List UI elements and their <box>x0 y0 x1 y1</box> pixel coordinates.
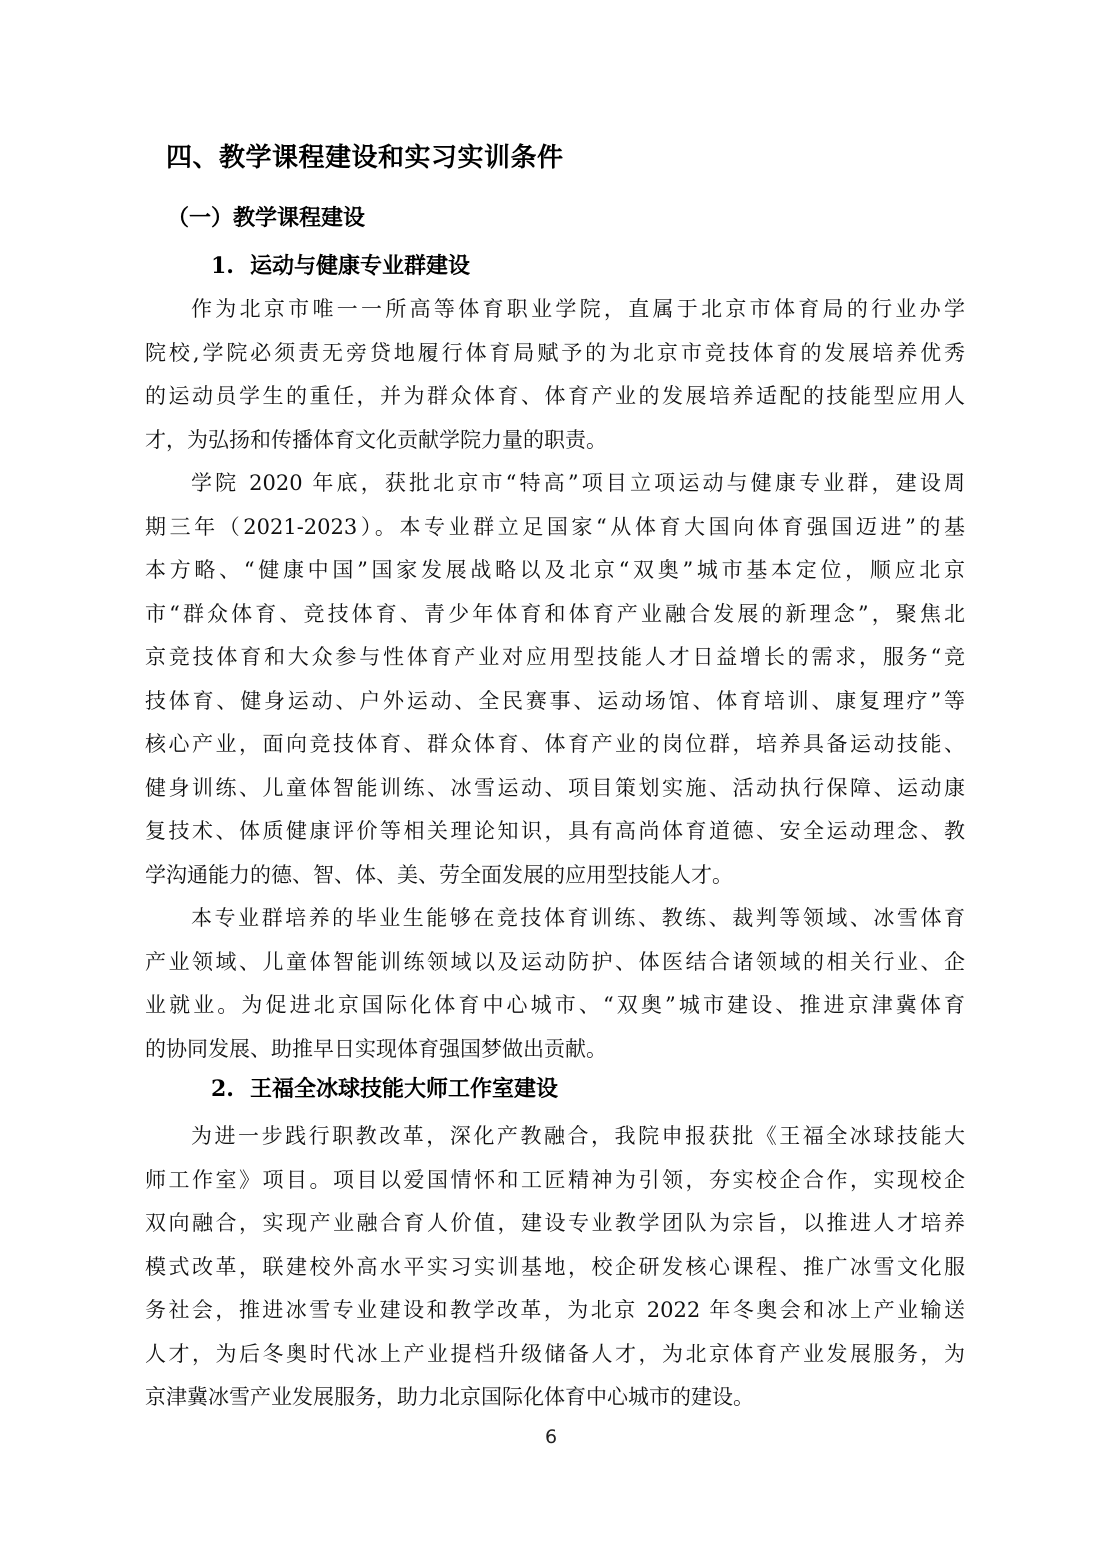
text-line: 院校,学院必须责无旁贷地履行体育局赋予的为北京市竞技体育的发展培养优秀 <box>145 332 965 376</box>
section-heading: （一）教学课程建设 <box>167 202 965 234</box>
paragraph-2: 学院 2020 年底，获批北京市“特高”项目立项运动与健康专业群，建设周 期三年… <box>145 462 965 897</box>
subsection-heading-2: 2.王福全冰球技能大师工作室建设 <box>211 1073 965 1105</box>
text-line: 市“群众体育、竞技体育、青少年体育和体育产业融合发展的新理念”，聚焦北 <box>145 593 965 637</box>
text-line: 健身训练、儿童体智能训练、冰雪运动、项目策划实施、活动执行保障、运动康 <box>145 767 965 811</box>
text-line: 核心产业，面向竞技体育、群众体育、体育产业的岗位群，培养具备运动技能、 <box>145 723 965 767</box>
paragraph-3: 本专业群培养的毕业生能够在竞技体育训练、教练、裁判等领域、冰雪体育 产业领域、儿… <box>145 897 965 1071</box>
text-line: 业就业。为促进北京国际化体育中心城市、“双奥”城市建设、推进京津冀体育 <box>145 984 965 1028</box>
text-line: 为进一步践行职教改革，深化产教融合，我院申报获批《王福全冰球技能大 <box>145 1115 965 1159</box>
text-line: 的运动员学生的重任，并为群众体育、体育产业的发展培养适配的技能型应用人 <box>145 375 965 419</box>
text-line: 学沟通能力的德、智、体、美、劳全面发展的应用型技能人才。 <box>145 854 965 898</box>
text-line: 才，为弘扬和传播体育文化贡献学院力量的职责。 <box>145 419 965 463</box>
text-line: 技体育、健身运动、户外运动、全民赛事、运动场馆、体育培训、康复理疗”等 <box>145 680 965 724</box>
subsection-heading-1: 1.运动与健康专业群建设 <box>211 250 965 282</box>
text-line: 作为北京市唯一一所高等体育职业学院，直属于北京市体育局的行业办学 <box>145 288 965 332</box>
text-line: 京竞技体育和大众参与性体育产业对应用型技能人才日益增长的需求，服务“竞 <box>145 636 965 680</box>
subsection-title: 王福全冰球技能大师工作室建设 <box>250 1076 558 1102</box>
text-line: 师工作室》项目。项目以爱国情怀和工匠精神为引领，夯实校企合作，实现校企 <box>145 1159 965 1203</box>
page-number: 6 <box>0 1426 1102 1448</box>
text-line: 务社会，推进冰雪专业建设和教学改革，为北京 2022 年冬奥会和冰上产业输送 <box>145 1289 965 1333</box>
text-line: 模式改革，联建校外高水平实习实训基地，校企研发核心课程、推广冰雪文化服 <box>145 1246 965 1290</box>
text-line: 双向融合，实现产业融合育人价值，建设专业教学团队为宗旨，以推进人才培养 <box>145 1202 965 1246</box>
subsection-title: 运动与健康专业群建设 <box>250 253 470 279</box>
text-line: 本专业群培养的毕业生能够在竞技体育训练、教练、裁判等领域、冰雪体育 <box>145 897 965 941</box>
text-line: 人才，为后冬奥时代冰上产业提档升级储备人才，为北京体育产业发展服务，为 <box>145 1333 965 1377</box>
text-line: 京津冀冰雪产业发展服务，助力北京国际化体育中心城市的建设。 <box>145 1376 965 1420</box>
text-line: 产业领域、儿童体智能训练领域以及运动防护、体医结合诸领域的相关行业、企 <box>145 941 965 985</box>
text-line: 期三年（2021-2023）。本专业群立足国家“从体育大国向体育强国迈进”的基 <box>145 506 965 550</box>
chapter-heading: 四、教学课程建设和实习实训条件 <box>166 140 965 176</box>
subsection-number: 2. <box>211 1076 234 1102</box>
text-line: 本方略、“健康中国”国家发展战略以及北京“双奥”城市基本定位，顺应北京 <box>145 549 965 593</box>
subsection-number: 1. <box>211 253 234 279</box>
text-line: 复技术、体质健康评价等相关理论知识，具有高尚体育道德、安全运动理念、教 <box>145 810 965 854</box>
text-line: 的协同发展、助推早日实现体育强国梦做出贡献。 <box>145 1028 965 1072</box>
paragraph-1: 作为北京市唯一一所高等体育职业学院，直属于北京市体育局的行业办学 院校,学院必须… <box>145 288 965 462</box>
paragraph-4: 为进一步践行职教改革，深化产教融合，我院申报获批《王福全冰球技能大 师工作室》项… <box>145 1115 965 1420</box>
document-content: 四、教学课程建设和实习实训条件 （一）教学课程建设 1.运动与健康专业群建设 作… <box>145 140 965 1420</box>
text-line: 学院 2020 年底，获批北京市“特高”项目立项运动与健康专业群，建设周 <box>145 462 965 506</box>
document-page: 四、教学课程建设和实习实训条件 （一）教学课程建设 1.运动与健康专业群建设 作… <box>0 0 1102 1559</box>
